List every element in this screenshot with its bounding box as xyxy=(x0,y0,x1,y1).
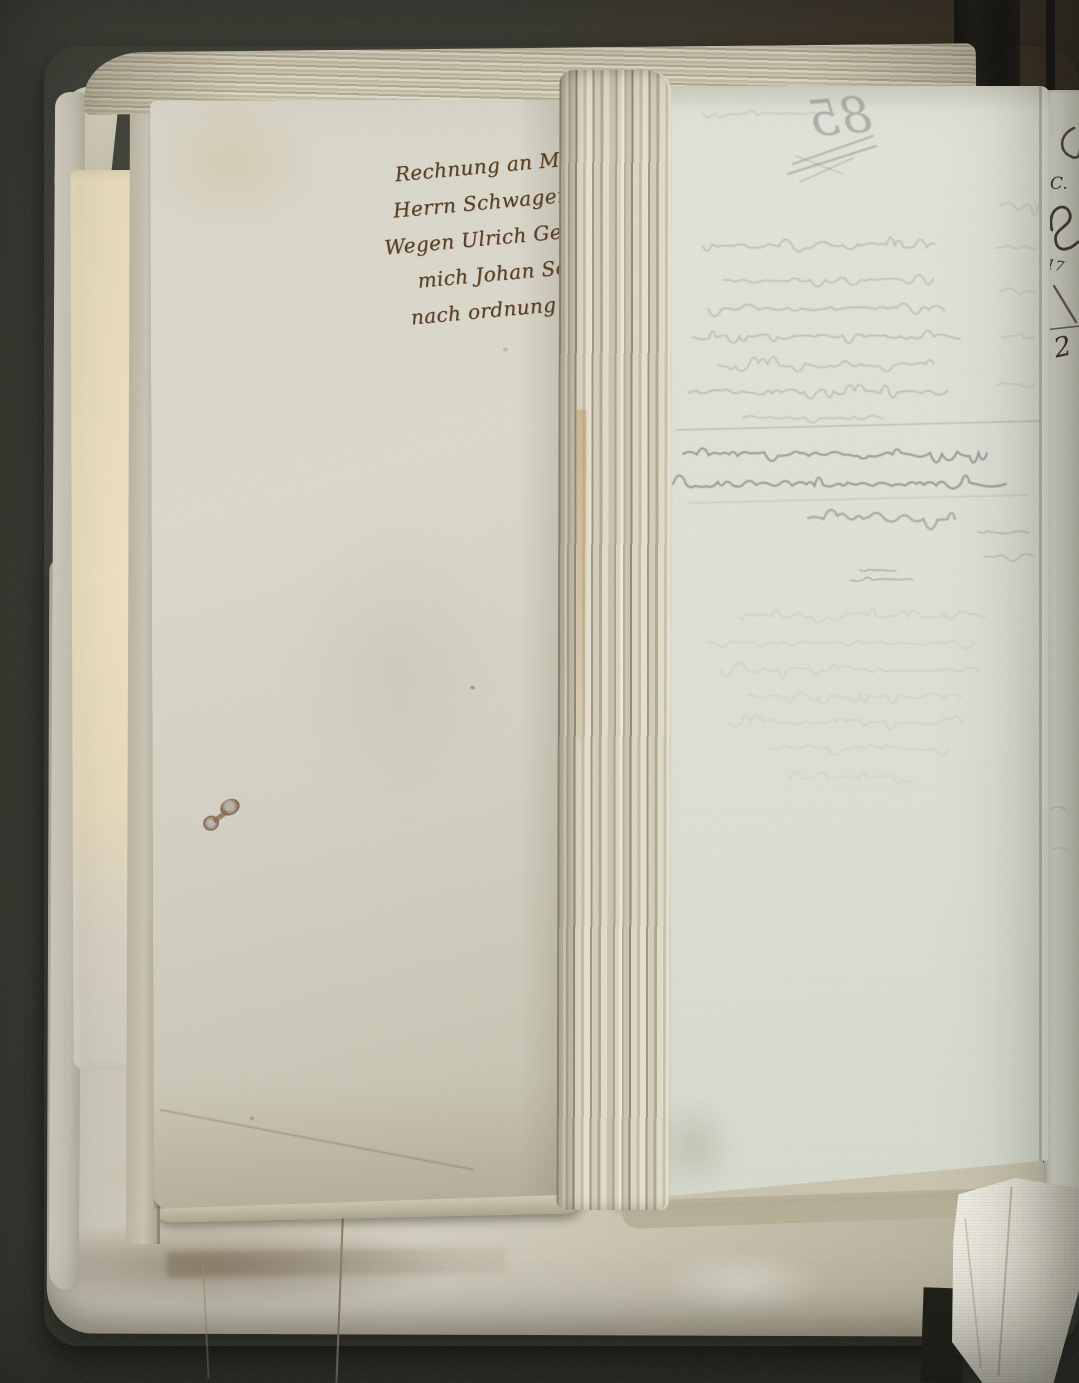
ink-speck xyxy=(503,348,508,352)
ink-speck xyxy=(470,686,475,690)
cover-light-patch xyxy=(657,1250,827,1315)
manuscript-photo: Rechnung an Meine Herrn Schwager Herrn W… xyxy=(0,0,1079,1383)
vellum-cloth-tie xyxy=(952,1178,1079,1383)
ink-blot xyxy=(197,792,251,837)
cover-brown-streak xyxy=(167,1247,507,1278)
gutter-page-stack xyxy=(557,70,672,1210)
left-page-tan-stain xyxy=(150,99,320,233)
bleedthrough-scribbles xyxy=(648,86,1050,1198)
gutter-warm-streak xyxy=(576,410,587,740)
ink-blot-bridge xyxy=(212,810,228,824)
right-page: 85 xyxy=(648,86,1050,1198)
left-page-middle-stain xyxy=(282,520,513,821)
left-page: Rechnung an Meine Herrn Schwager Herrn W… xyxy=(150,99,590,1209)
ink-speck xyxy=(250,1116,255,1120)
right-page-fold-highlight xyxy=(1042,86,1048,1198)
